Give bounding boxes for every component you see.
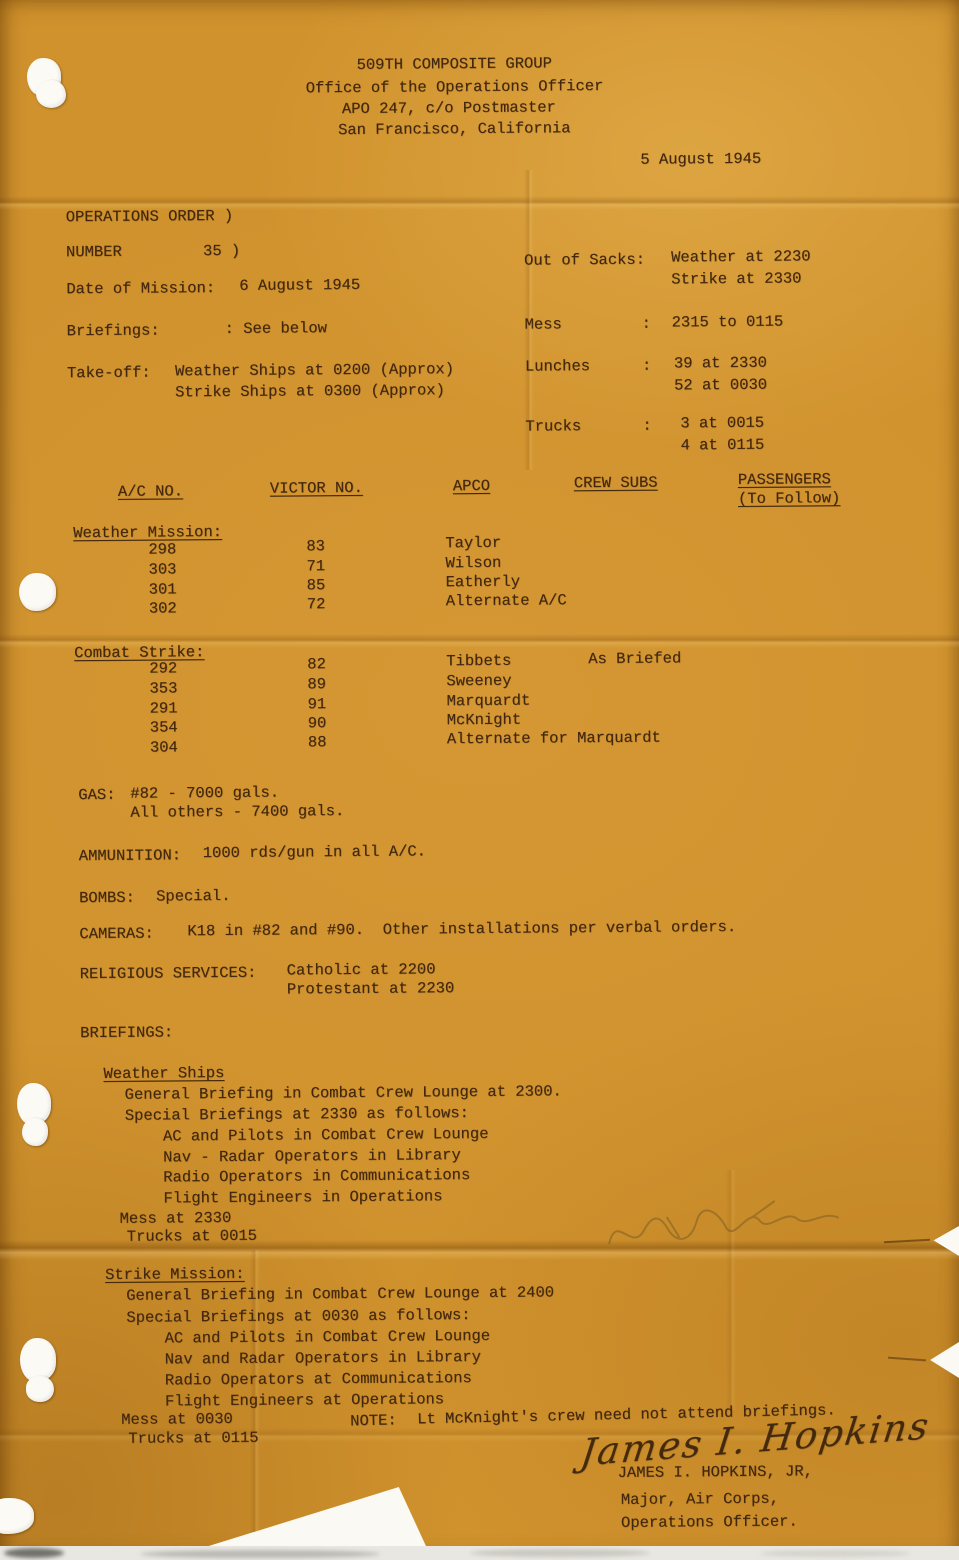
mess-label: Mess — [525, 315, 562, 334]
ammunition-label: AMMUNITION: — [79, 846, 181, 866]
note-label: NOTE: — [350, 1411, 397, 1431]
briefing-line: Radio Operators in Communications — [163, 1166, 470, 1187]
trucks-line1: 3 at 0015 — [680, 414, 764, 434]
briefing-line: Special Briefings at 2330 as follows: — [125, 1104, 469, 1126]
scan-smudge — [470, 1549, 650, 1557]
roster-cell: 303 — [148, 560, 176, 579]
briefings-heading: BRIEFINGS: — [80, 1023, 173, 1043]
religious-label: RELIGIOUS SERVICES: — [80, 964, 257, 984]
punch-hole — [36, 80, 66, 108]
cameras-label: CAMERAS: — [79, 925, 154, 945]
roster-cell: Alternate for Marquardt — [447, 729, 661, 750]
briefing-line: Radio Operators at Communications — [165, 1369, 472, 1390]
roster-cell: As Briefed — [588, 649, 681, 669]
cameras-value: K18 in #82 and #90. Other installations … — [187, 918, 736, 941]
punch-hole — [22, 1118, 48, 1146]
briefing-line: General Briefing in Combat Crew Lounge a… — [126, 1283, 554, 1305]
roster-cell: 85 — [307, 576, 326, 595]
document-page: 509TH COMPOSITE GROUP Office of the Oper… — [0, 0, 959, 1560]
order-number-label: NUMBER — [66, 243, 122, 262]
col-header-passengers-note: (To Follow) — [738, 489, 840, 509]
document-date: 5 August 1945 — [640, 150, 761, 170]
briefing-line: Mess at 2330 — [120, 1209, 232, 1229]
briefing-line: Special Briefings at 0030 as follows: — [126, 1306, 470, 1328]
briefing-line: AC and Pilots in Combat Crew Lounge — [163, 1125, 489, 1147]
briefings-ref-label: Briefings: — [67, 322, 160, 342]
briefing-line: Flight Engineers in Operations — [163, 1187, 442, 1208]
letterhead-city: San Francisco, California — [338, 119, 571, 140]
roster-cell: 302 — [149, 599, 177, 618]
roster-cell: 71 — [306, 557, 325, 576]
roster-cell: 301 — [149, 580, 177, 599]
briefing-line: AC and Pilots in Combat Crew Lounge — [164, 1327, 490, 1349]
roster-cell: 304 — [150, 738, 178, 757]
roster-cell: Eatherly — [446, 573, 521, 593]
roster-cell: Wilson — [445, 554, 501, 573]
mess-colon: : — [642, 315, 651, 334]
briefing-line: Mess at 0030 — [121, 1410, 233, 1430]
ammunition-value: 1000 rds/gun in all A/C. — [203, 842, 426, 863]
roster-cell: Tibbets — [446, 652, 511, 672]
roster-cell: 354 — [150, 718, 178, 737]
takeoff-label: Take-off: — [67, 364, 151, 384]
signature-rank: Major, Air Corps, — [621, 1490, 779, 1510]
out-of-sacks-label: Out of Sacks: — [524, 251, 645, 271]
roster-cell: 292 — [149, 659, 177, 678]
punch-hole — [19, 573, 56, 611]
roster-cell: 89 — [307, 675, 326, 694]
roster-cell: 90 — [308, 714, 327, 733]
religious-line1: Catholic at 2200 — [287, 960, 436, 980]
lunches-label: Lunches — [525, 357, 590, 377]
briefing-line: Trucks at 0115 — [128, 1429, 258, 1449]
col-header-crew-subs: CREW SUBS — [574, 474, 658, 494]
bombs-value: Special. — [156, 887, 231, 907]
out-of-sacks-strike: Strike at 2330 — [671, 269, 801, 289]
lunches-colon: : — [642, 357, 651, 376]
briefing-line: Flight Engineers at Operations — [165, 1390, 444, 1411]
gas-line1: #82 - 7000 gals. — [130, 784, 279, 804]
roster-cell: Alternate A/C — [446, 591, 567, 611]
lunches-line2: 52 at 0030 — [674, 376, 767, 396]
scan-smudge — [760, 1550, 910, 1557]
briefing-line: Nav and Radar Operators in Library — [165, 1348, 481, 1369]
scan-smudge — [4, 1548, 64, 1558]
briefing-line: General Briefing in Combat Crew Lounge a… — [125, 1082, 562, 1104]
religious-line2: Protestant at 2230 — [287, 979, 455, 999]
roster-cell: 83 — [306, 537, 325, 556]
weather-ships-title: Weather Ships — [103, 1064, 224, 1084]
order-title: OPERATIONS ORDER ) — [66, 207, 234, 227]
combat-strike-title: Combat Strike: — [74, 643, 204, 663]
roster-cell: Sweeney — [446, 672, 511, 692]
scan-edge — [0, 1546, 959, 1560]
scan-smudge — [140, 1550, 380, 1558]
trucks-label: Trucks — [525, 417, 581, 436]
takeoff-strike: Strike Ships at 0300 (Approx) — [175, 381, 445, 402]
briefings-ref-value: : See below — [225, 319, 327, 339]
letterhead-unit: 509TH COMPOSITE GROUP — [356, 54, 551, 75]
lunches-line1: 39 at 2330 — [674, 354, 767, 374]
roster-cell: 72 — [307, 595, 326, 614]
letterhead-apo: APO 247, c/o Postmaster — [342, 98, 556, 119]
mission-date-label: Date of Mission: — [66, 279, 215, 299]
roster-cell: 353 — [149, 679, 177, 698]
col-header-passengers: PASSENGERS — [738, 470, 831, 490]
mess-value: 2315 to 0115 — [671, 313, 783, 333]
pencil-scribble — [599, 1178, 854, 1261]
trucks-colon: : — [642, 417, 651, 436]
mission-date-value: 6 August 1945 — [239, 276, 360, 296]
strike-mission-title: Strike Mission: — [105, 1265, 245, 1285]
col-header-victor-no: VICTOR NO. — [270, 479, 363, 499]
roster-cell: 291 — [150, 699, 178, 718]
roster-cell: McKnight — [447, 711, 522, 731]
briefing-line: Trucks at 0015 — [127, 1227, 257, 1247]
roster-cell: Marquardt — [446, 692, 530, 712]
letterhead-office: Office of the Operations Officer — [306, 77, 604, 98]
gas-line2: All others - 7400 gals. — [130, 802, 344, 823]
col-header-ac-no: A/C NO. — [118, 482, 183, 502]
roster-cell: 82 — [307, 655, 326, 674]
order-number-value: 35 ) — [203, 242, 240, 261]
briefing-line: Nav - Radar Operators in Library — [163, 1146, 461, 1167]
gas-label: GAS: — [78, 786, 115, 805]
out-of-sacks-weather: Weather at 2230 — [671, 247, 811, 267]
punch-hole — [26, 1376, 54, 1402]
trucks-line2: 4 at 0115 — [680, 436, 764, 456]
col-header-apco: APCO — [453, 477, 490, 496]
takeoff-weather: Weather Ships at 0200 (Approx) — [175, 360, 454, 381]
roster-cell: Taylor — [445, 534, 501, 553]
roster-cell: 88 — [308, 733, 327, 752]
roster-cell: 298 — [148, 540, 176, 559]
typewritten-content: 509TH COMPOSITE GROUP Office of the Oper… — [0, 0, 959, 1560]
bombs-label: BOMBS: — [79, 889, 135, 908]
signature-name: JAMES I. HOPKINS, JR, — [618, 1462, 813, 1483]
signature-title: Operations Officer. — [621, 1513, 798, 1533]
roster-cell: 91 — [307, 695, 326, 714]
